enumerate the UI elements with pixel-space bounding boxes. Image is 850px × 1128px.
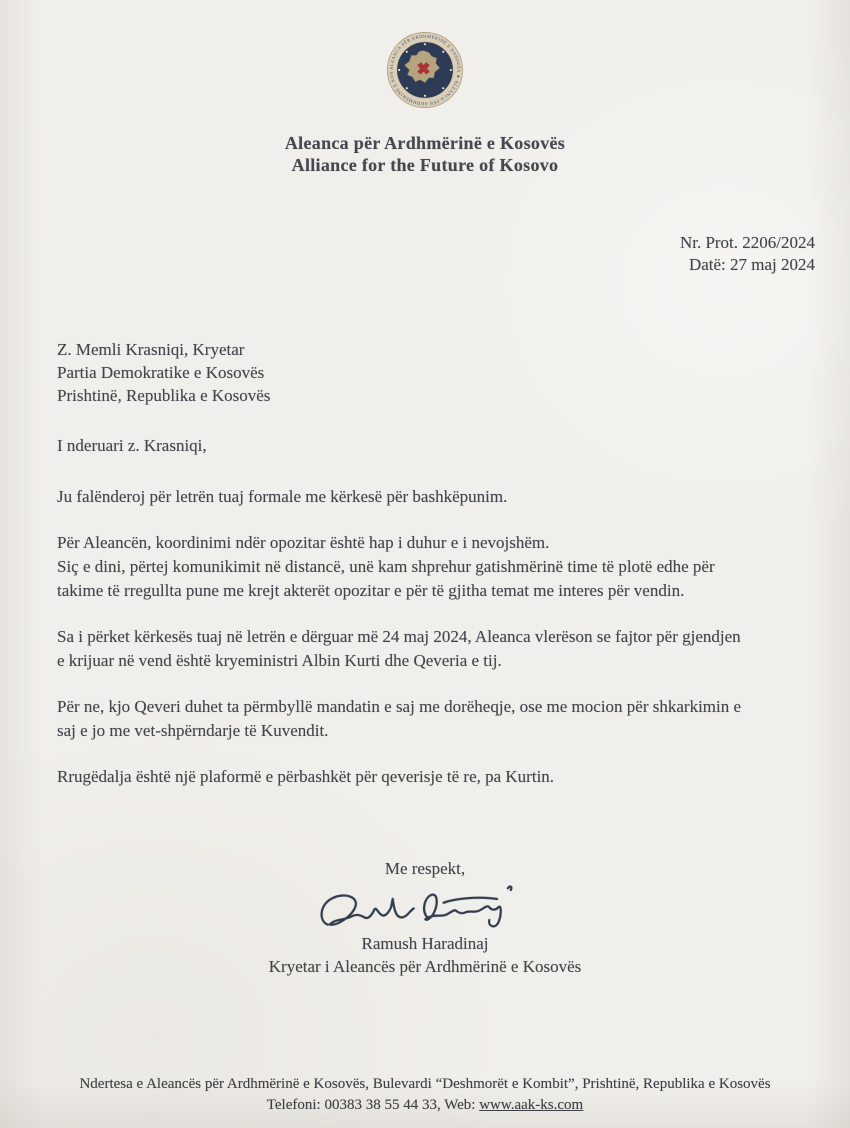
paragraph-3: Sa i përket kërkesës tuaj në letrën e dë… [57,625,820,673]
letterhead: ALEANCA PËR ARDHMËRINË E KOSOVËS ★ ALEAN… [0,0,850,176]
paragraph-4: Për ne, kjo Qeveri duhet ta përmbyllë ma… [57,695,820,743]
footer-website-link[interactable]: www.aak-ks.com [479,1097,583,1113]
scanned-letter-page: ALEANCA PËR ARDHMËRINË E KOSOVËS ★ ALEAN… [0,0,850,1128]
recipient-block: Z. Memli Krasniqi, Kryetar Partia Demokr… [0,338,850,407]
letter-meta: Nr. Prot. 2206/2024 Datë: 27 maj 2024 [0,232,850,276]
org-name-albanian: Aleanca për Ardhmërinë e Kosovës [0,132,850,154]
recipient-name: Z. Memli Krasniqi, Kryetar [57,338,850,361]
protocol-number: Nr. Prot. 2206/2024 [0,232,815,254]
footer-address: Ndertesa e Aleancës për Ardhmërinë e Kos… [0,1074,850,1095]
paragraph-2: Për Aleancën, koordinimi ndër opozitar ë… [57,531,820,603]
letter-date: Datë: 27 maj 2024 [0,254,815,276]
aak-party-seal-icon: ALEANCA PËR ARDHMËRINË E KOSOVËS ★ ALEAN… [386,31,464,114]
handwritten-signature-icon [305,878,545,940]
closing-block: Me respekt, Ramush Haradinaj Kryetar i A… [0,857,850,978]
org-name-english: Alliance for the Future of Kosovo [0,154,850,176]
paragraph-1: Ju falënderoj për letrën tuaj formale me… [57,485,820,509]
footer-contact-prefix: Telefoni: 00383 38 55 44 33, Web: [267,1097,479,1113]
organization-names: Aleanca për Ardhmërinë e Kosovës Allianc… [0,132,850,176]
letter-footer: Ndertesa e Aleancës për Ardhmërinë e Kos… [0,1074,850,1116]
recipient-party: Partia Demokratike e Kosovës [57,361,850,384]
recipient-city: Prishtinë, Republika e Kosovës [57,384,850,407]
salutation: I nderuari z. Krasniqi, [0,436,850,456]
signatory-title: Kryetar i Aleancës për Ardhmërinë e Koso… [0,955,850,978]
letter-body: Ju falënderoj për letrën tuaj formale me… [0,485,850,789]
valediction: Me respekt, [0,857,850,880]
footer-contact: Telefoni: 00383 38 55 44 33, Web: www.aa… [0,1095,850,1116]
paragraph-5: Rrugëdalja është një plaformë e përbashk… [57,765,820,789]
